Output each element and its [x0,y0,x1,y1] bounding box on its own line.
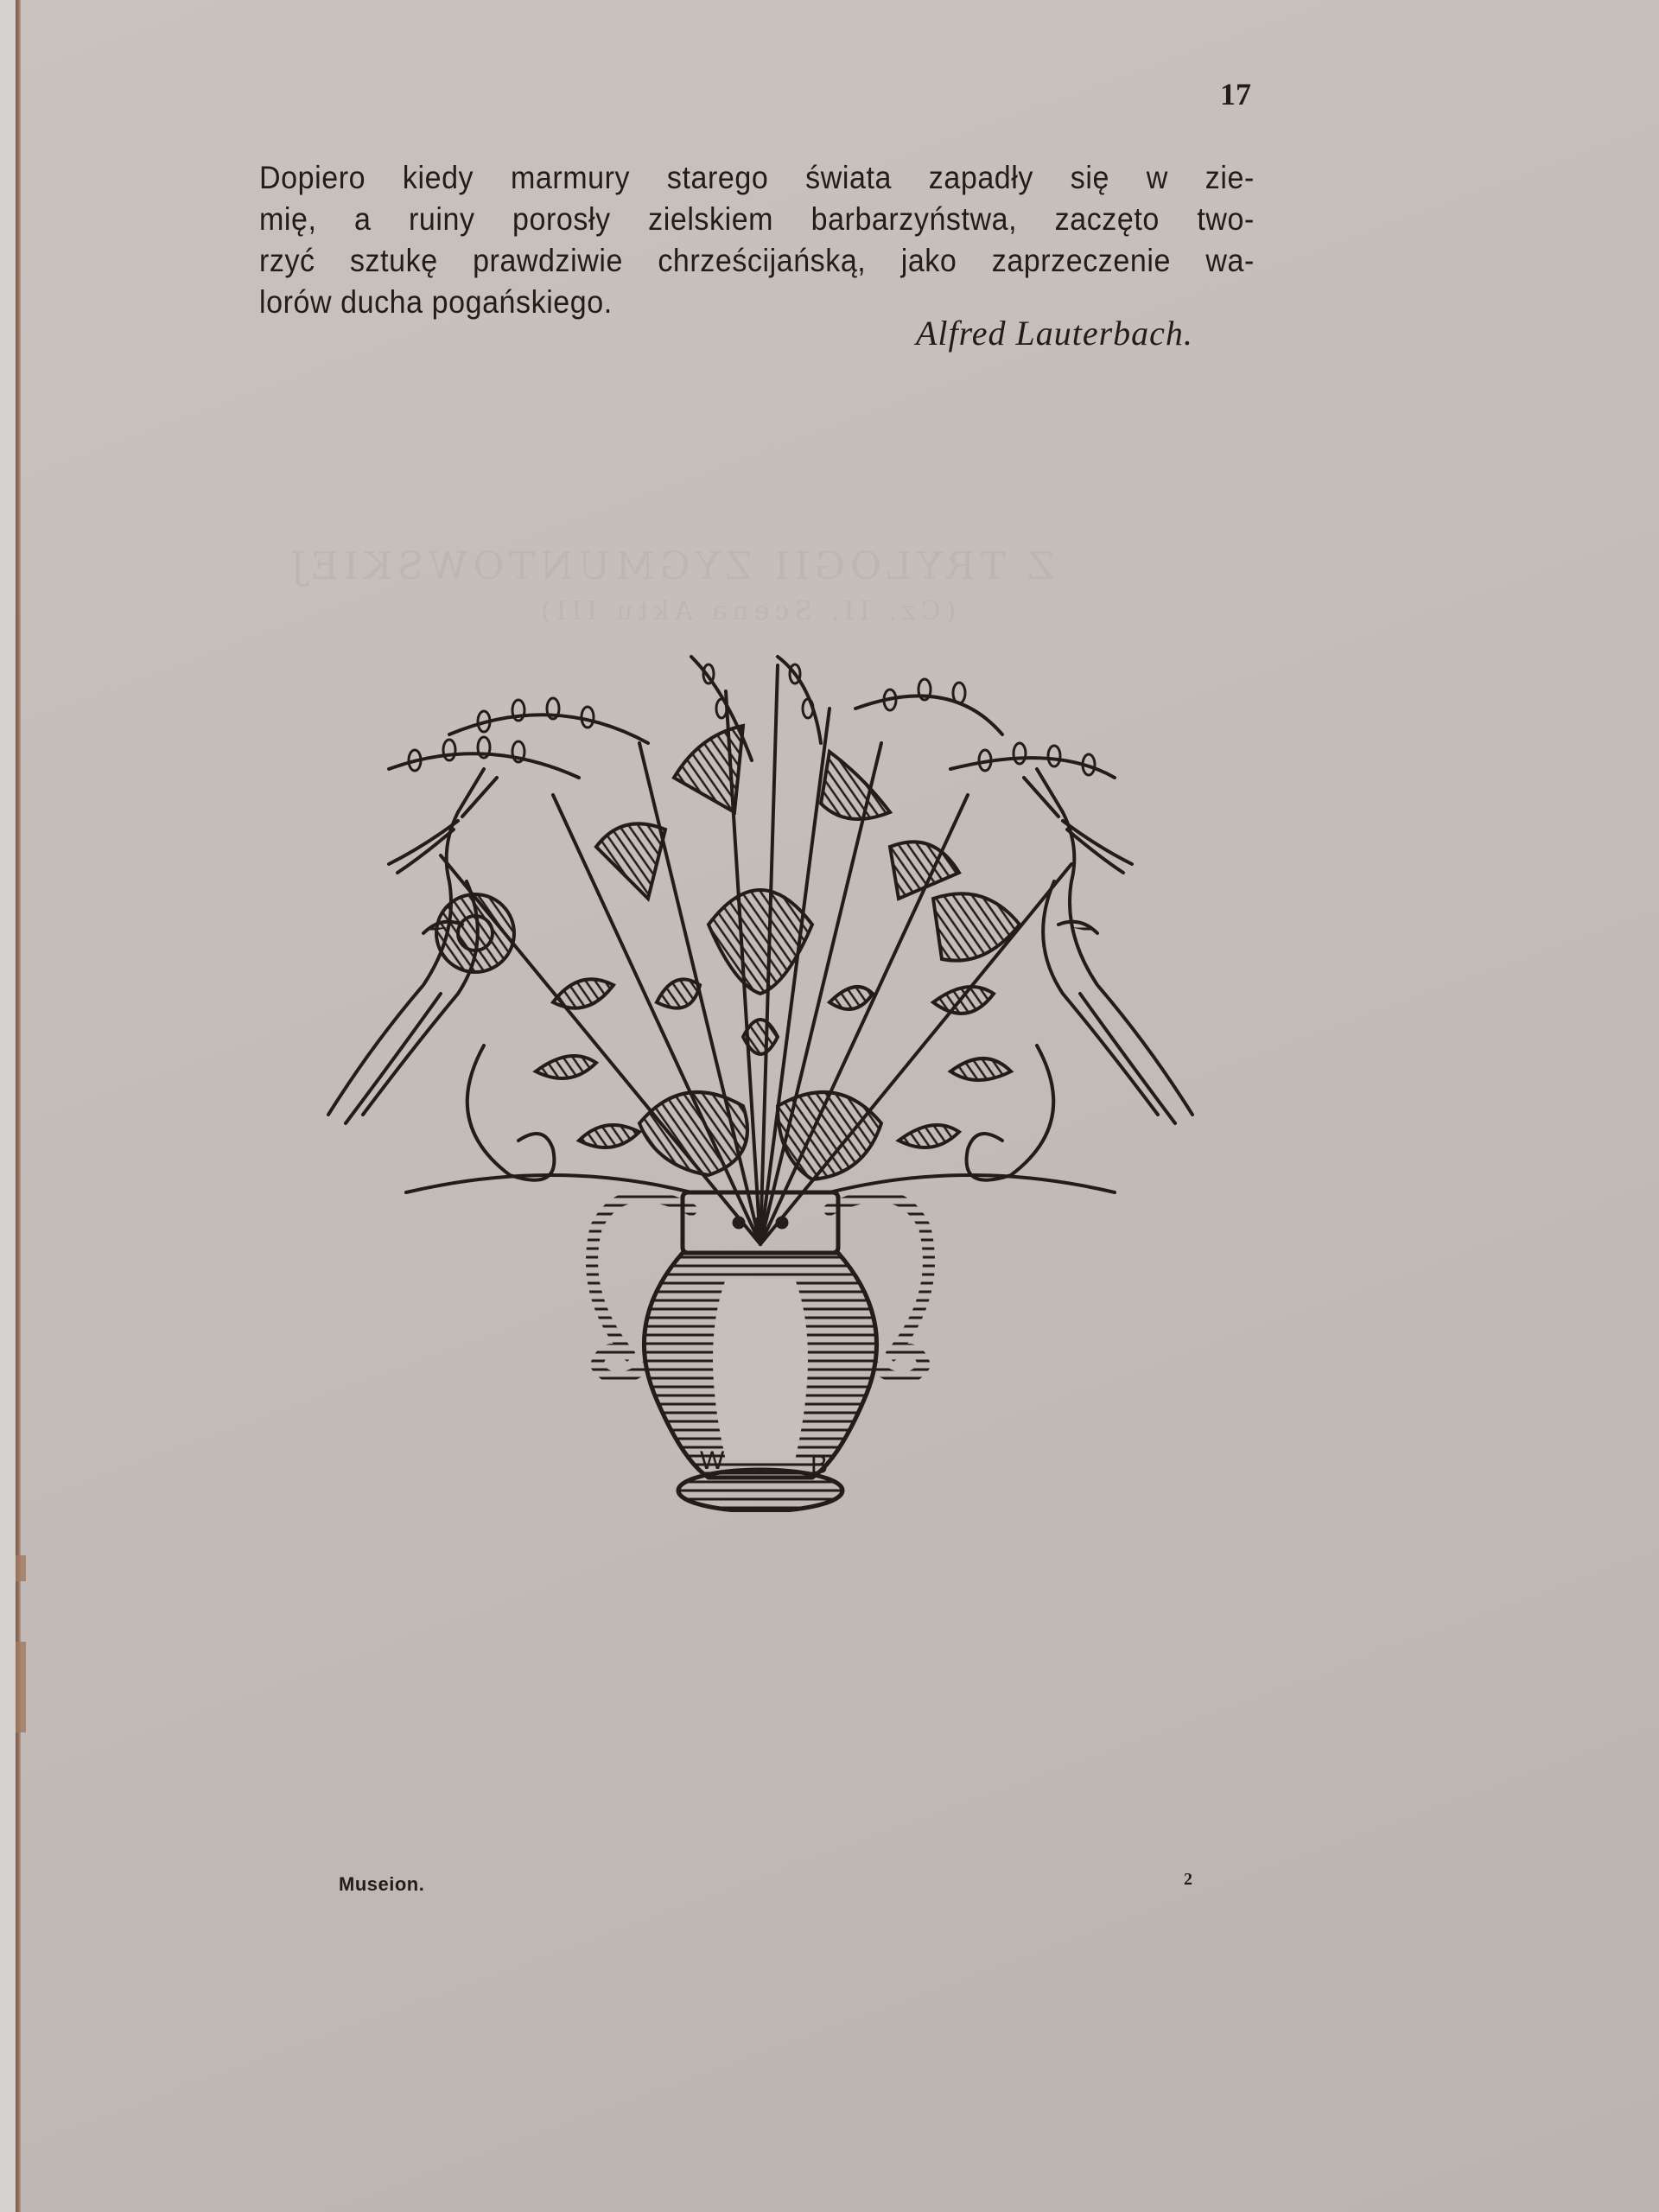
flower-icons [436,726,1020,1179]
quote-author: Alfred Lauterbach. [916,313,1193,353]
page-edge-stain [16,1642,26,1732]
page-gutter [0,0,16,2212]
page-edge-stain [16,1555,26,1581]
quote-line: Dopiero kiedy marmury starego świata zap… [259,157,1255,199]
monogram-w: W [700,1446,725,1475]
show-through-text: (Cz. II, Scena Aktu III) [536,596,956,626]
page-number: 17 [1220,76,1251,112]
leaf-icons [536,979,1011,1147]
vase-bouquet-woodcut: W B [294,639,1227,1512]
signature-mark: 2 [1184,1870,1192,1890]
quote-line: mię, a ruiny porosły zielskiem barbarzyń… [259,199,1255,240]
monogram-b: B [810,1451,828,1479]
quote-block: Dopiero kiedy marmury starego świata zap… [259,157,1175,323]
journal-title: Museion. [339,1873,424,1896]
quote-line: rzyć sztukę prawdziwie chrześcijańską, j… [259,240,1255,282]
show-through-text: Z TRYLOGII ZYGMUNTOWSKIEJ [285,544,1054,588]
page-edge [16,0,21,2212]
